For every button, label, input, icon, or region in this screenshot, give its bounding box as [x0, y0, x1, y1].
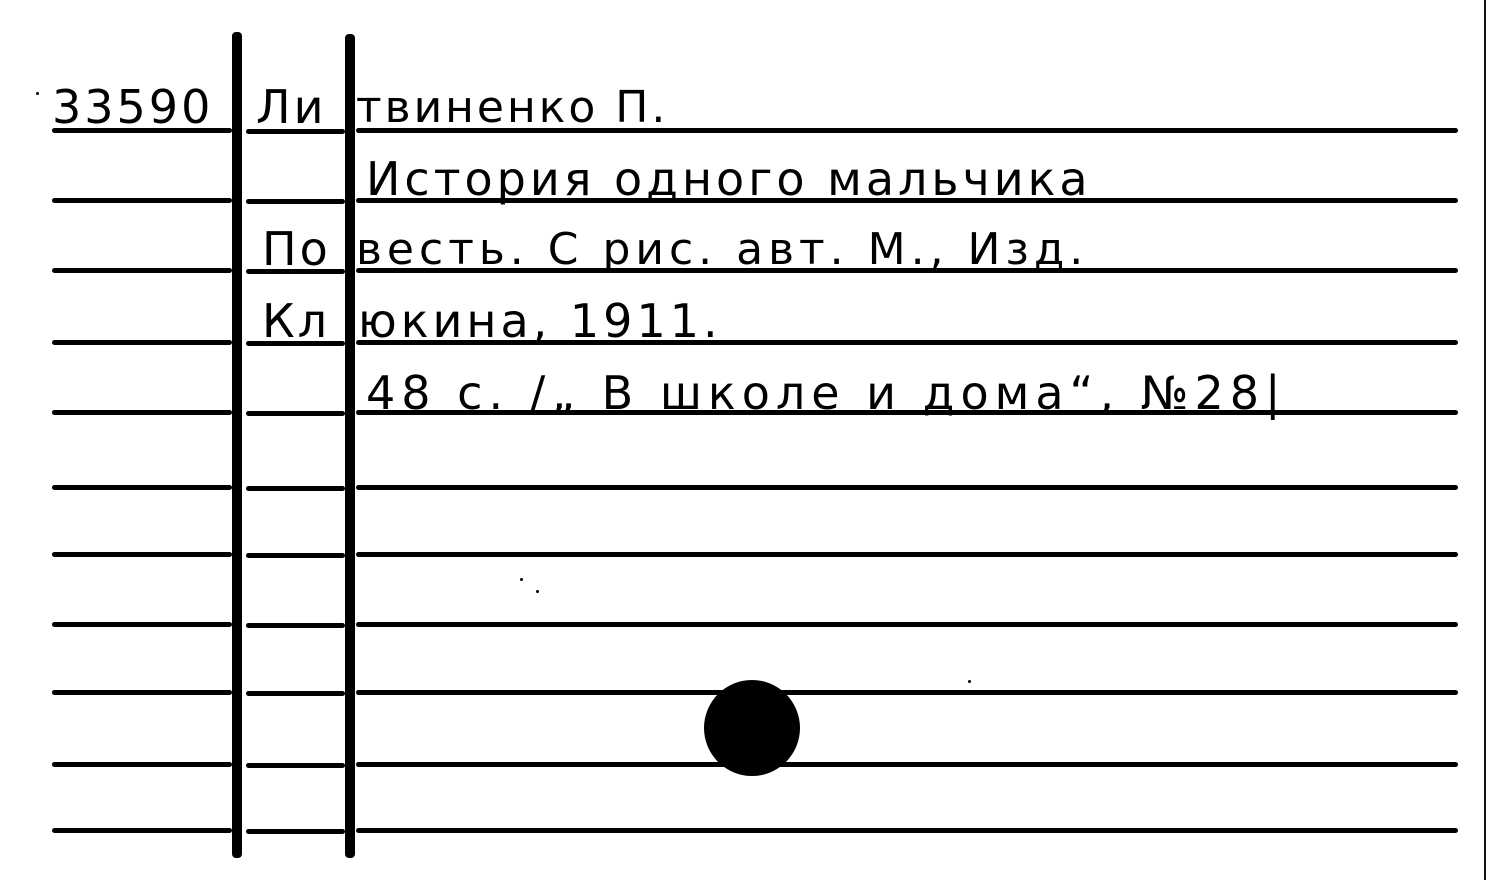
ruled-line — [356, 828, 1458, 833]
punch-hole — [704, 680, 800, 776]
ruled-line — [356, 690, 1458, 695]
scan-speck — [536, 590, 539, 593]
card-right-edge — [1484, 0, 1486, 880]
ruled-line — [52, 552, 232, 557]
catalog-card: 33590 Ли твиненко П. История одного маль… — [0, 0, 1488, 880]
book-title: История одного мальчика — [366, 156, 1092, 202]
ruled-line — [246, 763, 345, 768]
ruled-line — [52, 762, 232, 767]
ruled-line — [356, 485, 1458, 490]
imprint-line-2: юкина, 1911. — [358, 298, 722, 344]
author-prefix: Ли — [256, 84, 327, 130]
imprint-line-1-prefix: По — [262, 226, 331, 272]
ruled-line — [52, 410, 232, 415]
scan-speck — [36, 92, 39, 95]
imprint-line-2-prefix: Кл — [262, 298, 330, 344]
scan-speck — [520, 578, 523, 581]
ruled-line — [52, 198, 232, 203]
ruled-line — [246, 829, 345, 834]
collation-series: 48 с. /„ В школе и дома“, №28| — [366, 370, 1286, 416]
ruled-line — [246, 623, 345, 628]
ruled-line — [52, 340, 232, 345]
ruled-line — [52, 485, 232, 490]
ruled-line — [52, 268, 232, 273]
ruled-line — [356, 622, 1458, 627]
column-rule-left — [232, 32, 242, 858]
ruled-line — [356, 762, 1458, 767]
ruled-line — [356, 552, 1458, 557]
author-name: твиненко П. — [356, 86, 668, 130]
ruled-line — [246, 199, 345, 204]
ruled-line — [246, 411, 345, 416]
ruled-line — [246, 691, 345, 696]
accession-number: 33590 — [52, 84, 213, 130]
ruled-line — [52, 622, 232, 627]
scan-speck — [968, 680, 971, 683]
ruled-line — [52, 828, 232, 833]
column-rule-right — [345, 34, 355, 858]
imprint-line-1: весть. С рис. авт. М., Изд. — [356, 228, 1088, 272]
ruled-line — [246, 486, 345, 491]
ruled-line — [246, 553, 345, 558]
ruled-line — [52, 690, 232, 695]
